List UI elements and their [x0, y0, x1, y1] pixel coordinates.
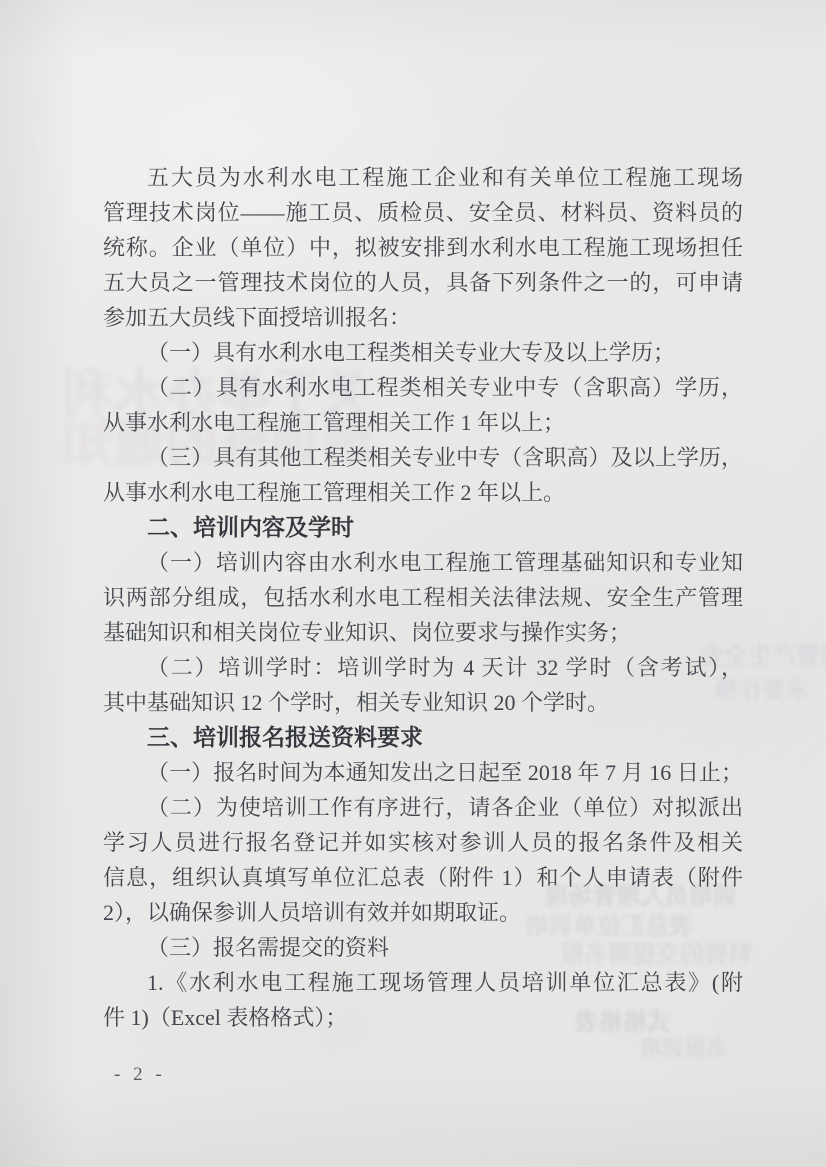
document-line: 2），以确保参训人员培训有效并如期取证。: [103, 895, 743, 930]
document-line: 基础知识和相关岗位专业知识、岗位要求与操作实务；: [103, 615, 743, 650]
document-line: （二）为使培训工作有序进行，请各企业（单位）对拟派出: [103, 790, 743, 825]
document-line: （二）具有水利水电工程类相关专业中专（含职高）学历，: [103, 370, 743, 405]
document-line: （二）培训学时：培训学时为 4 天计 32 学时（含考试），: [103, 650, 743, 685]
document-line: （一）具有水利水电工程类相关专业大专及以上学历；: [103, 335, 743, 370]
scan-shadow-bottom: [0, 1077, 826, 1167]
document-line: 其中基础知识 12 个学时，相关专业知识 20 个学时。: [103, 685, 743, 720]
document-line: 信息，组织认真填写单位汇总表（附件 1）和个人申请表（附件: [103, 860, 743, 895]
document-line: 1.《水利水电工程施工现场管理人员培训单位汇总表》(附: [103, 965, 743, 1000]
document-line: 统称。企业（单位）中，拟被安排到水利水电工程施工现场担任: [103, 230, 743, 265]
scan-shadow-top: [0, 0, 826, 60]
document-line: 参加五大员线下面授培训报名：: [103, 300, 743, 335]
document-line: （一）报名时间为本通知发出之日起至 2018 年 7 月 16 日止；: [103, 755, 743, 790]
section-heading-line: 三、培训报名报送资料要求: [103, 720, 743, 755]
document-line: 管理技术岗位——施工员、质检员、安全员、材料员、资料员的: [103, 195, 743, 230]
document-line: 学习人员进行报名登记并如实核对参训人员的报名条件及相关: [103, 825, 743, 860]
document-line: 识两部分组成，包括水利水电工程相关法律法规、安全生产管理: [103, 580, 743, 615]
document-line: （三）报名需提交的资料: [103, 930, 743, 965]
document-line: （三）具有其他工程类相关专业中专（含职高）及以上学历，: [103, 440, 743, 475]
document-line: 件 1)（Excel 表格格式）；: [103, 1000, 743, 1035]
document-line: （一）培训内容由水利水电工程施工管理基础知识和专业知: [103, 545, 743, 580]
document-line: 五大员之一管理技术岗位的人员，具备下列条件之一的，可申请: [103, 265, 743, 300]
document-line: 五大员为水利水电工程施工企业和有关单位工程施工现场: [103, 160, 743, 195]
scan-shadow-left: [0, 0, 78, 1167]
document-line: 从事水利水电工程施工管理相关工作 1 年以上；: [103, 405, 743, 440]
document-line: 从事水利水电工程施工管理相关工作 2 年以上。: [103, 475, 743, 510]
page-number: - 2 -: [114, 1064, 166, 1086]
section-heading-line: 二、培训内容及学时: [103, 510, 743, 545]
text-block: 五大员为水利水电工程施工企业和有关单位工程施工现场管理技术岗位——施工员、质检员…: [103, 160, 743, 1035]
scanned-document-page: 关于举办水利培训班的通知理管产生全安求要作操训培员人理管场现表总汇位单训培料资的…: [0, 0, 826, 1167]
